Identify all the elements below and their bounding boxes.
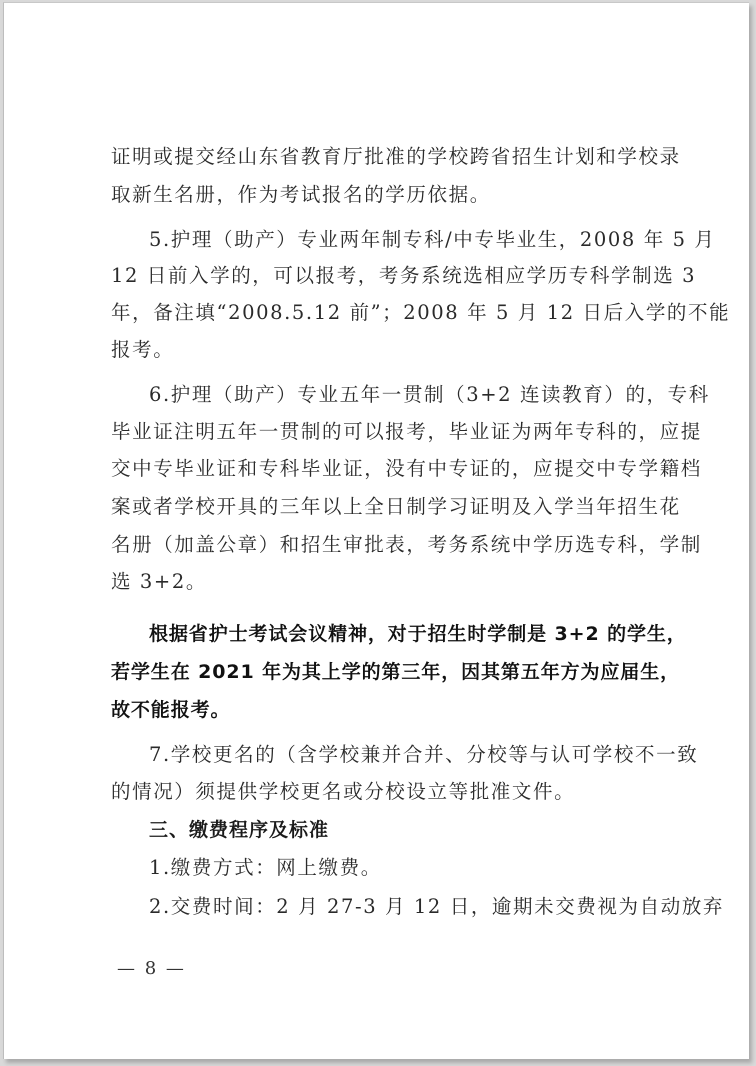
- section-heading: 三、缴费程序及标准: [149, 818, 667, 842]
- bold-note-line-1: 根据省护士考试会议精神，对于招生时学制是 3+2 的学生，: [149, 622, 667, 646]
- text-line-1: 证明或提交经山东省教育厅批准的学校跨省招生计划和学校录: [111, 145, 667, 169]
- item-7-line-2: 的情况）须提供学校更名或分校设立等批准文件。: [111, 780, 667, 804]
- item-5-line-2: 12 日前入学的，可以报考，考务系统选相应学历专科学制选 3: [111, 264, 667, 288]
- item-6-line-5: 名册（加盖公章）和招生审批表，考务系统中学历选专科，学制: [111, 533, 667, 557]
- item-5-line-3: 年，备注填“2008.5.12 前”；2008 年 5 月 12 日后入学的不能: [111, 301, 667, 325]
- document-page: 证明或提交经山东省教育厅批准的学校跨省招生计划和学校录 取新生名册，作为考试报名…: [3, 2, 749, 1059]
- item-6-line-2: 毕业证注明五年一贯制的可以报考，毕业证为两年专科的，应提: [111, 420, 667, 444]
- page-number: — 8 —: [117, 958, 186, 979]
- item-6-line-1: 6.护理（助产）专业五年一贯制（3+2 连读教育）的，专科: [149, 383, 667, 407]
- payment-item-1: 1.缴费方式：网上缴费。: [149, 856, 667, 880]
- item-5-line-1: 5.护理（助产）专业两年制专科/中专毕业生，2008 年 5 月: [149, 228, 667, 252]
- bold-note-line-2: 若学生在 2021 年为其上学的第三年，因其第五年方为应届生，: [111, 660, 667, 684]
- item-6-line-6: 选 3+2。: [111, 570, 667, 594]
- item-6-line-3: 交中专毕业证和专科毕业证，没有中专证的，应提交中专学籍档: [111, 457, 667, 481]
- payment-item-2: 2.交费时间：2 月 27-3 月 12 日，逾期未交费视为自动放弃: [149, 895, 667, 919]
- item-6-line-4: 案或者学校开具的三年以上全日制学习证明及入学当年招生花: [111, 495, 667, 519]
- item-7-line-1: 7.学校更名的（含学校兼并合并、分校等与认可学校不一致: [149, 743, 667, 767]
- item-5-line-4: 报考。: [111, 338, 667, 362]
- bold-note-line-3: 故不能报考。: [111, 698, 667, 722]
- text-line-2: 取新生名册，作为考试报名的学历依据。: [111, 183, 667, 207]
